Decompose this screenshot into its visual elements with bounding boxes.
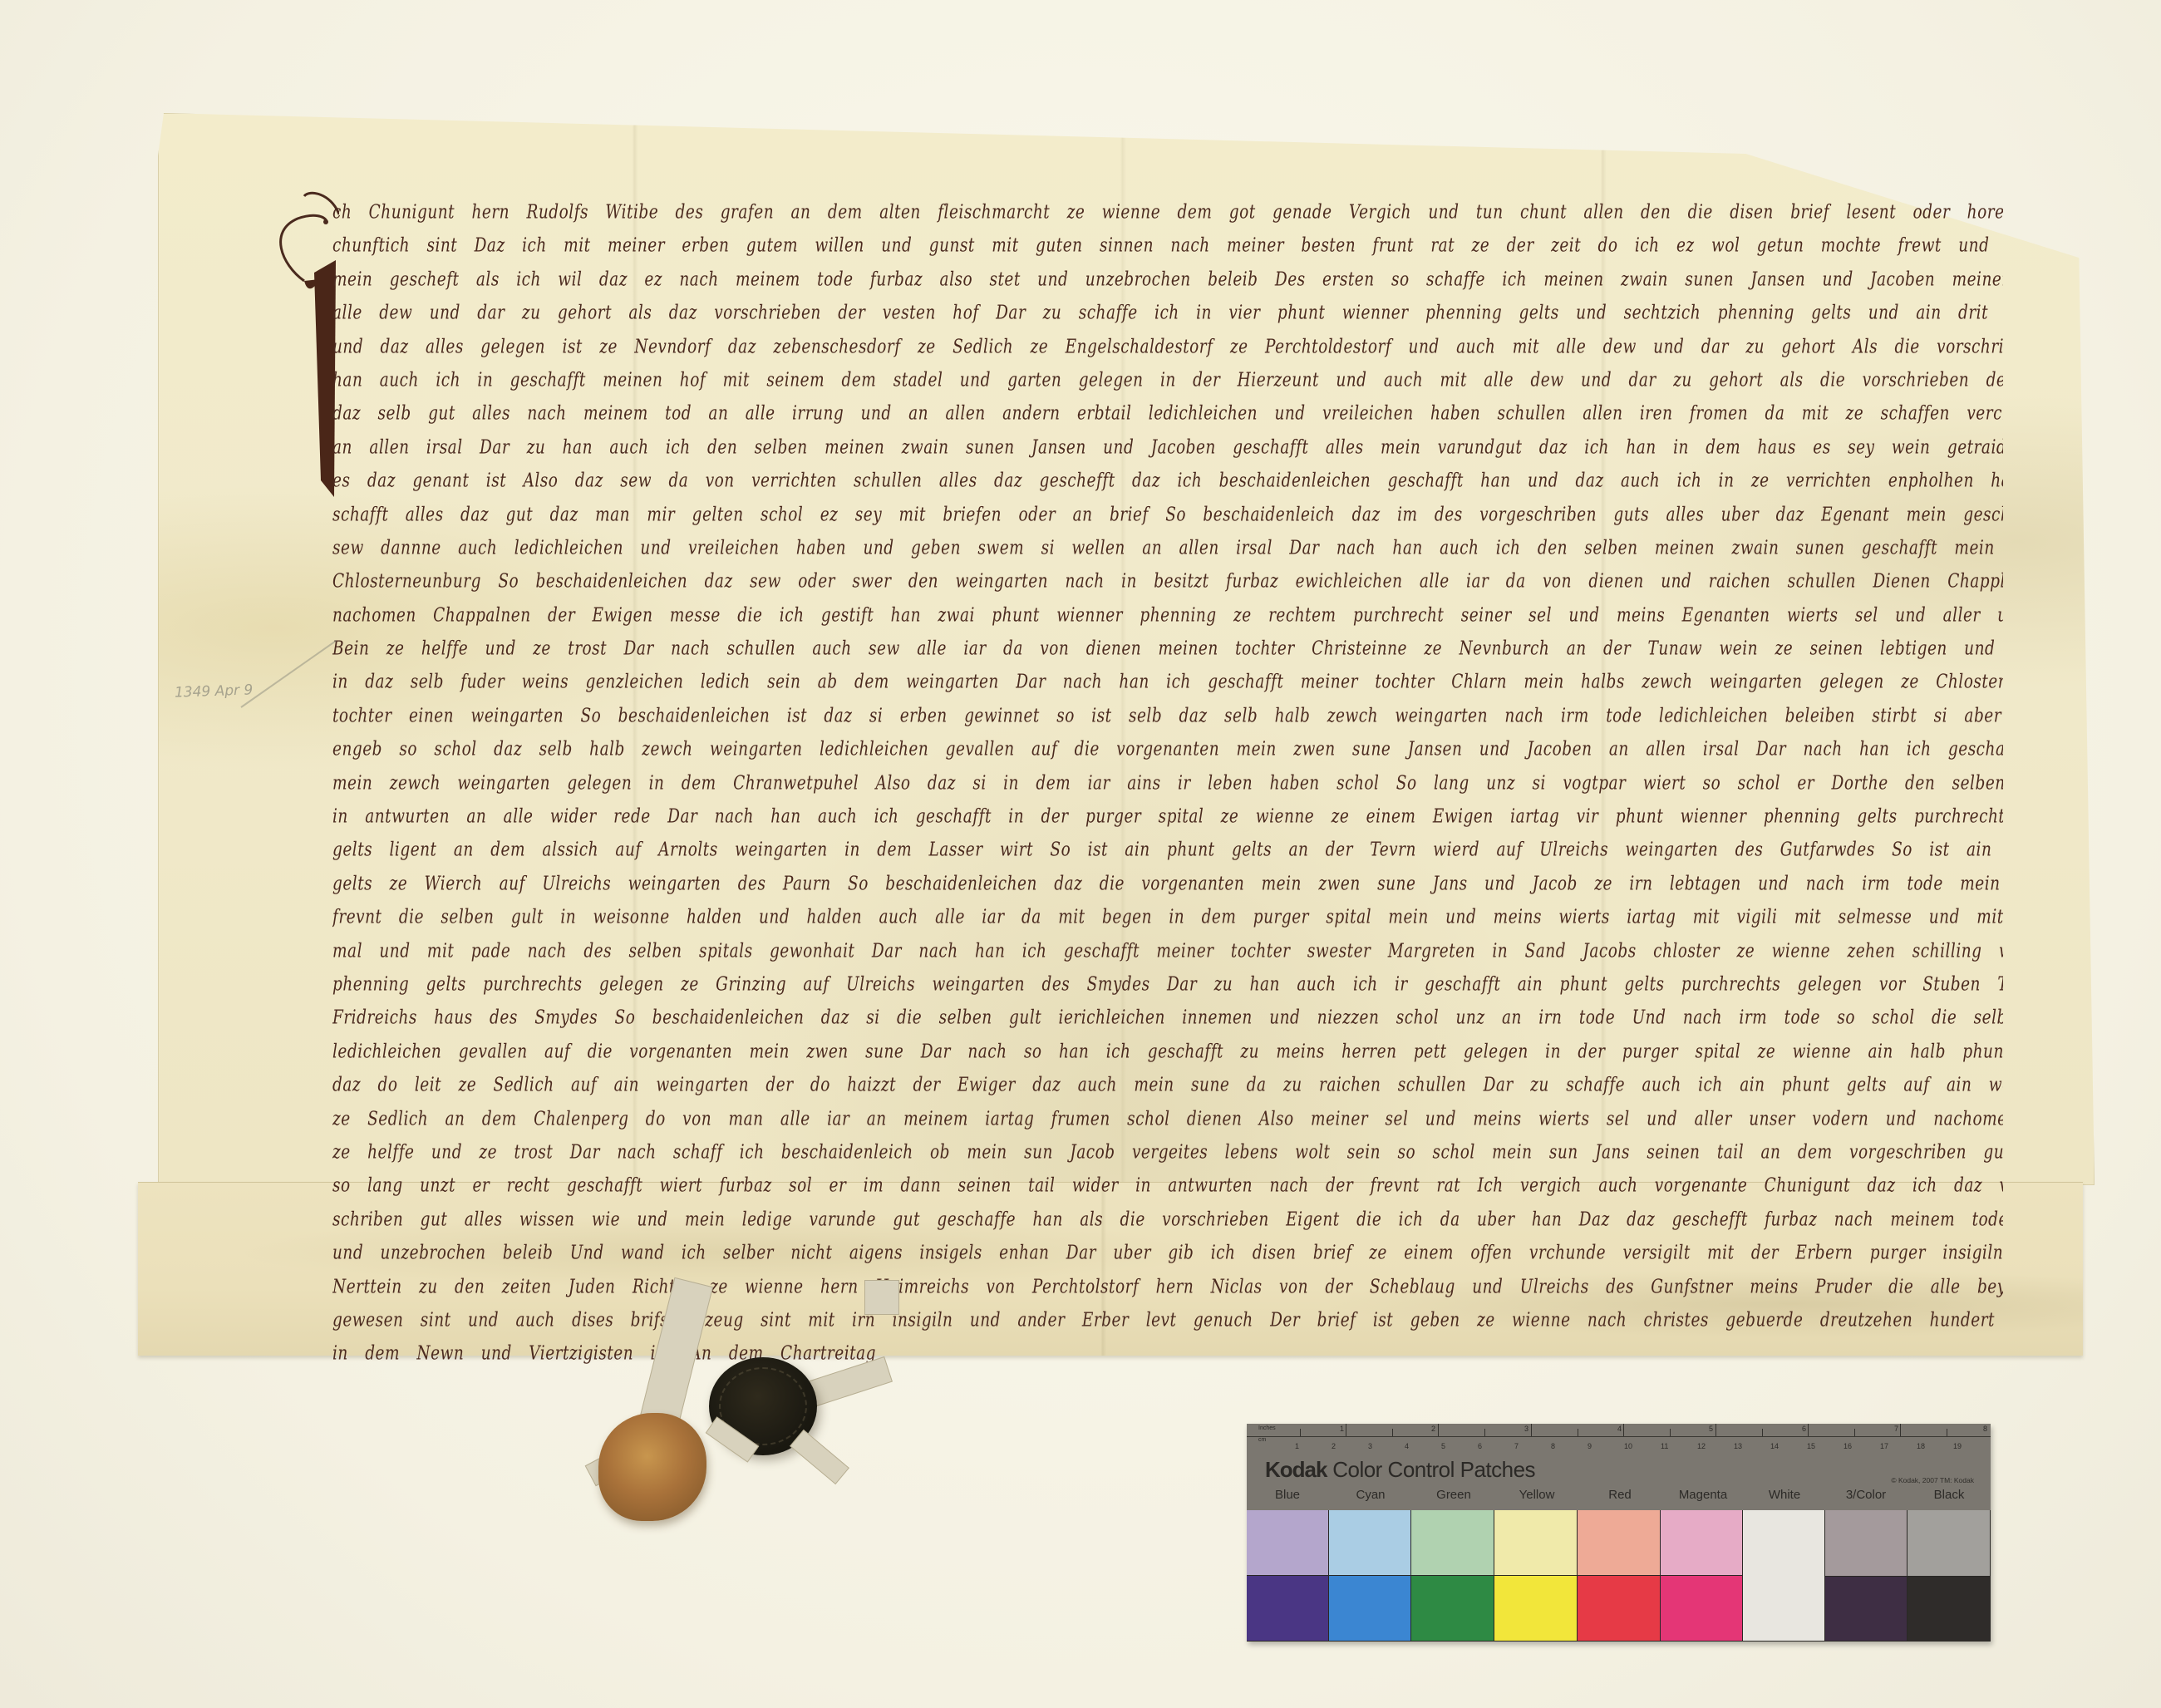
kodak-copyright: © Kodak, 2007 TM: Kodak (1891, 1476, 1974, 1484)
patch-label-blue: Blue (1275, 1488, 1300, 1502)
patch-label-3color: 3/Color (1846, 1488, 1886, 1502)
kodak-title: Kodak Color Control Patches (1265, 1457, 1535, 1483)
inch-label: Inches (1258, 1425, 1276, 1431)
text-line: ze Sedlich an dem Chalenperg do von man … (332, 1103, 2003, 1136)
patch-label-white: White (1769, 1488, 1800, 1502)
text-line: phenning gelts purchrechts gelegen ze Gr… (332, 968, 2003, 1002)
text-line: in daz selb fuder weins genzleichen ledi… (332, 666, 2003, 699)
text-line: es daz genant ist Also daz sew da von ve… (332, 465, 2003, 498)
patch-3color-dark (1825, 1577, 1907, 1642)
cm-tick: 6 (1478, 1442, 1482, 1450)
text-line: gewesen sint und auch dises brifs gezeug… (332, 1304, 2003, 1337)
decorated-initial-icon (264, 181, 339, 497)
patch-green-light (1411, 1510, 1494, 1576)
inch-tick: 1 (1340, 1425, 1344, 1433)
cm-tick: 10 (1624, 1442, 1632, 1450)
text-line: schriben gut alles wissen wie und mein l… (332, 1203, 2003, 1237)
inch-tick: 4 (1617, 1425, 1622, 1433)
cm-tick: 9 (1588, 1442, 1592, 1450)
inch-tick: 6 (1802, 1425, 1806, 1433)
text-line: engeb so schol daz selb halb zewch weing… (332, 733, 2003, 766)
charter-text: ch Chunigunt hern Rudolfs Witibe des gra… (332, 196, 2003, 1371)
patch-label-green: Green (1436, 1488, 1471, 1502)
patch-red-light (1578, 1510, 1661, 1576)
patch-label-cyan: Cyan (1356, 1488, 1385, 1502)
cm-tick: 11 (1661, 1442, 1668, 1450)
text-line: ze helffe und ze trost Dar nach schaff i… (332, 1136, 2003, 1169)
text-line: mal und mit pade nach des selben spitals… (332, 935, 2003, 968)
text-line: gelts ligent an dem alssich auf Arnolts … (332, 834, 2003, 867)
text-line: und daz alles gelegen ist ze Nevndorf da… (332, 331, 2003, 364)
kodak-brand: Kodak (1265, 1457, 1327, 1482)
patch-blue-dark (1247, 1576, 1329, 1642)
cm-tick: 17 (1880, 1442, 1888, 1450)
cm-tick: 14 (1770, 1442, 1779, 1450)
cm-tick: 16 (1843, 1442, 1852, 1450)
cm-tick: 2 (1332, 1442, 1336, 1450)
cm-tick: 7 (1514, 1442, 1519, 1450)
patch-yellow-light (1494, 1510, 1578, 1576)
wax-seal-natural (598, 1413, 706, 1521)
text-line: in dem Newn und Viertzigisten iar An dem… (332, 1337, 2003, 1371)
cm-tick: 8 (1551, 1442, 1555, 1450)
patch-3color-light (1825, 1510, 1907, 1577)
patch-red-dark (1578, 1576, 1661, 1642)
text-line: daz do leit ze Sedlich auf ain weingarte… (332, 1069, 2003, 1102)
kodak-color-target: Inches 1 2 3 4 5 6 7 8 cm 1 2 3 4 5 6 7 … (1247, 1424, 1991, 1642)
patch-cyan-light (1329, 1510, 1411, 1576)
color-patches (1247, 1510, 1991, 1642)
cm-ruler: cm 1 2 3 4 5 6 7 8 9 10 11 12 13 14 15 1… (1247, 1437, 1991, 1454)
cm-tick: 5 (1441, 1442, 1445, 1450)
text-line: gelts ze Wierch auf Ulreichs weingarten … (332, 868, 2003, 901)
text-line: und unzebrochen beleib Und wand ich selb… (332, 1237, 2003, 1270)
text-line: ch Chunigunt hern Rudolfs Witibe des gra… (332, 196, 2003, 229)
text-line: han auch ich in geschafft meinen hof mit… (332, 364, 2003, 397)
inch-tick: 2 (1431, 1425, 1435, 1433)
inch-tick: 5 (1709, 1425, 1713, 1433)
text-line: chunftich sint Daz ich mit meiner erben … (332, 229, 2003, 263)
patch-yellow-dark (1494, 1576, 1578, 1642)
text-line: Fridreichs haus des Smydes So beschaiden… (332, 1002, 2003, 1035)
inch-ruler: Inches 1 2 3 4 5 6 7 8 (1247, 1424, 1991, 1437)
text-line: daz selb gut alles nach meinem tod an al… (332, 397, 2003, 431)
text-line: tochter einen weingarten So beschaidenle… (332, 700, 2003, 733)
patch-cyan-dark (1329, 1576, 1411, 1642)
cm-tick: 3 (1368, 1442, 1372, 1450)
text-line: Bein ze helffe und ze trost Dar nach sch… (332, 633, 2003, 666)
cm-tick: 19 (1953, 1442, 1962, 1450)
text-line: so lang unzt er recht geschafft wiert fu… (332, 1169, 2003, 1203)
cm-tick: 15 (1807, 1442, 1815, 1450)
text-line: nachomen Chappalnen der Ewigen messe die… (332, 599, 2003, 633)
cm-tick: 1 (1295, 1442, 1299, 1450)
text-line: ledichleichen gevallen auf die vorgenant… (332, 1036, 2003, 1069)
text-line: Nerttein zu den zeiten Juden Richter ze … (332, 1271, 2003, 1304)
cm-label: cm (1258, 1437, 1266, 1443)
text-line: in antwurten an alle wider rede Dar nach… (332, 800, 2003, 834)
patch-magenta-light (1661, 1510, 1743, 1576)
marginal-pencil-note: 1349 Apr 9 (175, 682, 254, 701)
kodak-product-name: Color Control Patches (1332, 1457, 1535, 1482)
patch-black-light (1907, 1510, 1991, 1577)
patch-black-dark (1907, 1577, 1991, 1642)
cm-tick: 18 (1917, 1442, 1925, 1450)
patch-blue-light (1247, 1510, 1329, 1576)
text-line: mein zewch weingarten gelegen in dem Chr… (332, 767, 2003, 800)
cm-tick: 12 (1697, 1442, 1706, 1450)
patch-labels: Blue Cyan Green Yellow Red Magenta White… (1247, 1488, 1991, 1509)
text-line: mein gescheft als ich wil daz ez nach me… (332, 263, 2003, 297)
patch-green-dark (1411, 1576, 1494, 1642)
text-line: sew dannne auch ledichleichen und vreile… (332, 532, 2003, 565)
seal-tag-2 (864, 1280, 899, 1315)
patch-label-yellow: Yellow (1519, 1488, 1555, 1502)
patch-white (1743, 1510, 1825, 1642)
inch-tick: 3 (1524, 1425, 1528, 1433)
text-line: schafft alles daz gut daz man mir gelten… (332, 499, 2003, 532)
inch-tick: 8 (1983, 1425, 1987, 1433)
inch-tick: 7 (1894, 1425, 1898, 1433)
text-line: Chlosterneunburg So beschaidenleichen da… (332, 565, 2003, 598)
patch-label-red: Red (1608, 1488, 1632, 1502)
cm-tick: 13 (1734, 1442, 1742, 1450)
patch-magenta-dark (1661, 1576, 1743, 1642)
cm-tick: 4 (1405, 1442, 1409, 1450)
text-line: alle dew und dar zu gehort als daz vorsc… (332, 297, 2003, 330)
patch-label-black: Black (1934, 1488, 1965, 1502)
text-line: an allen irsal Dar zu han auch ich den s… (332, 431, 2003, 465)
patch-label-magenta: Magenta (1679, 1488, 1727, 1502)
text-line: frevnt die selben gult in weisonne halde… (332, 901, 2003, 934)
